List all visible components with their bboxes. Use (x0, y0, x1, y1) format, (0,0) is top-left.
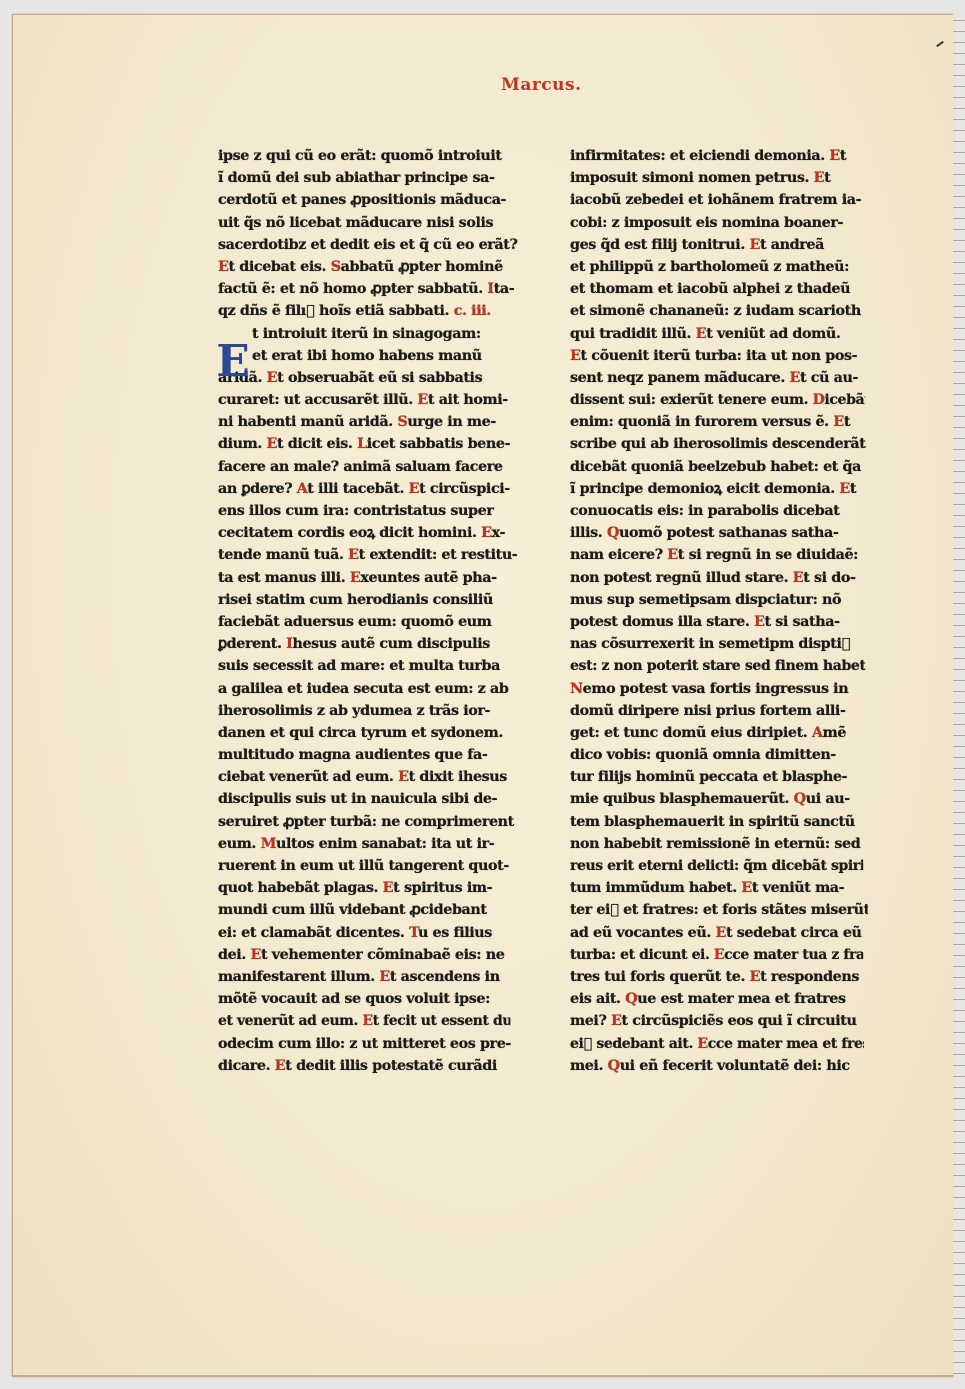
text-line: ta est manus illi. Exeuntes autẽ pha- (218, 567, 518, 589)
text-line: dissent sui: exierũt tenere eum. Dicebãt (570, 389, 865, 411)
text-line: illis. Quomõ potest sathanas satha- (570, 522, 870, 544)
text-line: conuocatis eis: in parabolis dicebat (570, 500, 870, 522)
text-line: ter ei᷒ et fratres: et foris stãtes mise… (570, 899, 868, 921)
text-line: danen et qui circa tyrum et sydonem. (218, 722, 518, 744)
text-line: aridã. Et obseruabãt eũ si sabbatis (218, 367, 518, 389)
text-line: get: et tunc domũ eius diripiet. Amẽ (570, 722, 870, 744)
text-line: cerdotũ et panes ꝓpositionis mãduca- (218, 189, 518, 211)
text-line: et venerũt ad eum. Et fecit ut essent du… (218, 1010, 510, 1032)
text-line: enim: quoniã in furorem versus ẽ. Et (570, 411, 870, 433)
text-line: et philippũ z bartholomeũ z matheũ: (570, 256, 870, 278)
text-line: dico vobis: quoniã omnia dimitten- (570, 744, 870, 766)
text-line: facere an male? animã saluam facere (218, 456, 518, 478)
right-column: infirmitates: et eiciendi demonia. Etimp… (570, 145, 870, 1077)
text-line: factũ ẽ: et nõ homo ꝓpter sabbatũ. Ita- (218, 278, 518, 300)
text-line: suis secessit ad mare: et multa turba (218, 655, 518, 677)
text-line: ipse z qui cũ eo erãt: quomõ introiuit (218, 145, 518, 167)
text-line: est: z non poterit stare sed finem habet… (570, 655, 865, 677)
text-line: et erat ibi homo habens manũ (218, 345, 518, 367)
text-line: eum. Multos enim sanabat: ita ut ir- (218, 833, 518, 855)
text-line: t introiuit iterũ in sinagogam: (218, 323, 518, 345)
text-line: seruiret ꝓpter turbã: ne comprimerent (218, 811, 518, 833)
text-line: multitudo magna audientes que fa- (218, 744, 518, 766)
text-line: domũ diripere nisi prius fortem alli- (570, 700, 870, 722)
text-line: ei᷒ sedebant ait. Ecce mater mea et fres (570, 1033, 864, 1055)
text-line: ad eũ vocantes eũ. Et sedebat circa eũ (570, 922, 870, 944)
text-line: manifestarent illum. Et ascendens in (218, 966, 518, 988)
decorated-initial-e: E (214, 341, 252, 383)
text-line: ens illos cum ira: contristatus super (218, 500, 518, 522)
text-line: an ꝑdere? At illi tacebãt. Et circũspici… (218, 478, 518, 500)
pencil-mark (936, 41, 944, 47)
text-line: discipulis suis ut in nauicula sibi de- (218, 788, 518, 810)
text-line: nam eicere? Et si regnũ in se diuidaẽ: (570, 544, 870, 566)
text-line: turba: et dicunt ei. Ecce mater tua z fr… (570, 944, 863, 966)
text-line: Et dicebat eis. Sabbatũ ꝓpter hominẽ (218, 256, 518, 278)
text-line: dium. Et dicit eis. Licet sabbatis bene- (218, 433, 518, 455)
text-line: sacerdotibz et dedit eis et q̃ cũ eo erã… (218, 234, 518, 256)
text-line: infirmitates: et eiciendi demonia. Et (570, 145, 870, 167)
text-line: mus sup semetipsam dispciatur: nõ (570, 589, 870, 611)
text-line: sent neqz panem mãducare. Et cũ au- (570, 367, 870, 389)
text-line: curaret: ut accusarẽt illũ. Et ait homi- (218, 389, 518, 411)
text-line: iacobũ zebedei et iohãnem fratrem ia- (570, 189, 870, 211)
text-line: odecim cum illo: z ut mitteret eos pre- (218, 1033, 518, 1055)
text-line: qui tradidit illũ. Et veniũt ad domũ. (570, 323, 870, 345)
manuscript-page: Marcus. E ipse z qui cũ eo erãt: quomõ i… (12, 14, 953, 1377)
text-line: non habebit remissionẽ in eternũ: sed (570, 833, 870, 855)
text-line: tur filijs hominũ peccata et blasphe- (570, 766, 870, 788)
text-line: quot habebãt plagas. Et spiritus im- (218, 877, 518, 899)
text-line: ges q̃d est filij tonitrui. Et andreã (570, 234, 870, 256)
text-line: ꝑderent. Ihesus autẽ cum discipulis (218, 633, 518, 655)
text-line: tres tui foris querũt te. Et respondens (570, 966, 870, 988)
text-line: tum immũdum habet. Et veniũt ma- (570, 877, 870, 899)
text-line: cecitatem cordis eoꝝ dicit homini. Ex- (218, 522, 518, 544)
text-line: faciebãt aduersus eum: quomõ eum (218, 611, 518, 633)
text-line: et thomam et iacobũ alphei z thadeũ (570, 278, 870, 300)
text-line: potest domus illa stare. Et si satha- (570, 611, 870, 633)
text-line: nas cõsurrexerit in semetipm dispti᷒ (570, 633, 870, 655)
text-line: et simonẽ chananeũ: z iudam scarioth (570, 300, 870, 322)
text-line: tem blasphemauerit in spiritũ sanctũ (570, 811, 870, 833)
text-line: dicebãt quoniã beelzebub habet: et q̃a (570, 456, 870, 478)
chapter-number: c. iii. (449, 303, 491, 319)
text-line: mundi cum illũ videbant ꝓcidebant (218, 899, 518, 921)
text-line: Nemo potest vasa fortis ingressus in (570, 678, 870, 700)
text-line: ruerent in eum ut illũ tangerent quot- (218, 855, 518, 877)
running-head: Marcus. (501, 75, 582, 95)
text-line: tende manũ tuã. Et extendit: et restitu- (218, 544, 518, 566)
text-line: scribe qui ab iherosolimis descenderãt (570, 433, 870, 455)
text-line: ei: et clamabãt dicentes. Tu es filius (218, 922, 518, 944)
text-line: dei. Et vehementer cõminabaẽ eis: ne (218, 944, 518, 966)
text-line: eis ait. Que est mater mea et fratres (570, 988, 870, 1010)
text-line: iherosolimis z ab ydumea z trãs ior- (218, 700, 518, 722)
text-line: mie quibus blasphemauerũt. Qui au- (570, 788, 870, 810)
text-line: ĩ domũ dei sub abiathar principe sa- (218, 167, 518, 189)
text-line: ni habenti manũ aridã. Surge in me- (218, 411, 518, 433)
left-column: E ipse z qui cũ eo erãt: quomõ introiuit… (218, 145, 518, 1077)
text-line: cobi: z imposuit eis nomina boaner- (570, 212, 870, 234)
page-edge-stack (953, 15, 965, 1375)
text-line: qz dñs ẽ filı᷒ hoĩs etiã sabbati. c. iii… (218, 300, 518, 322)
text-line: a galilea et iudea secuta est eum: z ab (218, 678, 518, 700)
text-line: risei statim cum herodianis consiliũ (218, 589, 518, 611)
text-line: ĩ principe demonioꝝ eicit demonia. Et (570, 478, 870, 500)
text-line: Et cõuenit iterũ turba: ita ut non pos- (570, 345, 870, 367)
text-line: non potest regnũ illud stare. Et si do- (570, 567, 870, 589)
text-line: mõtẽ vocauit ad se quos voluit ipse: (218, 988, 518, 1010)
text-line: mei. Qui eñ fecerit voluntatẽ dei: hic (570, 1055, 870, 1077)
text-line: ciebat venerũt ad eum. Et dixit ihesus (218, 766, 518, 788)
text-line: reus erit eterni delicti: q̃m dicebãt sp… (570, 855, 863, 877)
text-line: dicare. Et dedit illis potestatẽ curãdi (218, 1055, 518, 1077)
text-line: imposuit simoni nomen petrus. Et (570, 167, 870, 189)
text-line: uit q̃s nõ licebat mãducare nisi solis (218, 212, 518, 234)
text-line: mei? Et circũspiciẽs eos qui ĩ circuitu (570, 1010, 870, 1032)
